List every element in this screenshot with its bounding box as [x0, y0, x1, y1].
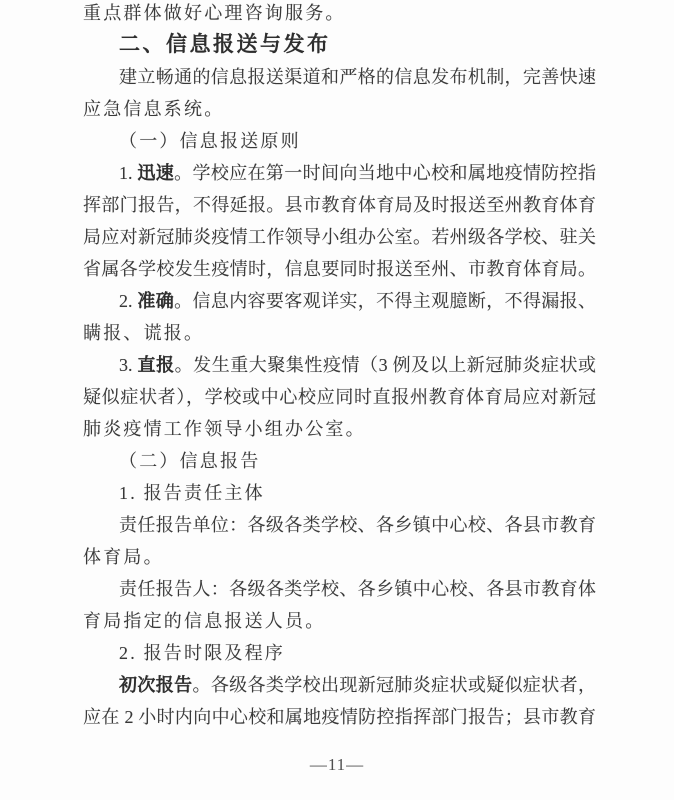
text-run: 应在 2 小时内向中心校和属地疫情防控指挥部门报告；县市教育	[83, 707, 596, 727]
text-run: 。发生重大聚集性疫情（3 例及以上新冠肺炎症状或	[175, 355, 596, 375]
bold-text-run: 直报	[138, 355, 175, 375]
text-run: 1.	[119, 163, 137, 183]
text-line: 应急信息系统。	[83, 93, 596, 125]
text-run: 建立畅通的信息报送渠道和严格的信息发布机制，完善快速	[119, 67, 596, 87]
text-run: 疑似症状者），学校或中心校应同时直报州教育体育局应对新冠	[83, 387, 596, 407]
text-run: 。信息内容要客观详实，不得主观臆断，不得漏报、	[174, 291, 596, 311]
bold-text-run: 准确	[137, 291, 174, 311]
text-line: 责任报告人：各级各类学校、各乡镇中心校、各县市教育体	[83, 573, 596, 605]
bold-text-run: 迅速	[137, 163, 174, 183]
text-line: 应在 2 小时内向中心校和属地疫情防控指挥部门报告；县市教育	[83, 701, 596, 733]
paragraph: 1. 报告责任主体	[83, 477, 596, 509]
text-line: 2. 报告时限及程序	[83, 637, 596, 669]
text-run: 育局指定的信息报送人员。	[83, 611, 325, 631]
bold-text-run: 二、信息报送与发布	[119, 33, 331, 56]
paragraph: （一）信息报送原则	[83, 125, 596, 157]
paragraph: 1. 迅速。学校应在第一时间向当地中心校和属地疫情防控指挥部门报告，不得延报。县…	[83, 157, 596, 285]
text-line: 建立畅通的信息报送渠道和严格的信息发布机制，完善快速	[83, 61, 596, 93]
text-run: （一）信息报送原则	[119, 131, 301, 151]
text-run: 1. 报告责任主体	[119, 483, 265, 503]
text-line: （一）信息报送原则	[83, 125, 596, 157]
text-line: 责任报告单位：各级各类学校、各乡镇中心校、各县市教育	[83, 509, 596, 541]
page-footer: —11—	[0, 755, 674, 775]
text-line: 育局指定的信息报送人员。	[83, 605, 596, 637]
text-line: 疑似症状者），学校或中心校应同时直报州教育体育局应对新冠	[83, 381, 596, 413]
text-run: 重点群体做好心理咨询服务。	[83, 3, 346, 23]
paragraph: 2. 准确。信息内容要客观详实，不得主观臆断，不得漏报、瞒报、谎报。	[83, 285, 596, 349]
text-run: 肺炎疫情工作领导小组办公室。	[83, 419, 366, 439]
text-line: 瞒报、谎报。	[83, 317, 596, 349]
document-body: 重点群体做好心理咨询服务。二、信息报送与发布建立畅通的信息报送渠道和严格的信息发…	[83, 0, 596, 733]
text-line: 初次报告。各级各类学校出现新冠肺炎症状或疑似症状者，	[83, 669, 596, 701]
text-line: 重点群体做好心理咨询服务。	[83, 0, 596, 29]
text-line: 体育局。	[83, 541, 596, 573]
text-line: 局应对新冠肺炎疫情工作领导小组办公室。若州级各学校、驻关	[83, 221, 596, 253]
text-run: 3.	[119, 355, 138, 375]
text-line: 3. 直报。发生重大聚集性疫情（3 例及以上新冠肺炎症状或	[83, 349, 596, 381]
text-run: （二）信息报告	[119, 451, 260, 471]
text-line: 1. 报告责任主体	[83, 477, 596, 509]
paragraph: 二、信息报送与发布	[83, 29, 596, 61]
bold-text-run: 初次报告	[119, 675, 192, 695]
text-run: 省属各学校发生疫情时，信息要同时报送至州、市教育体育局。	[83, 259, 596, 279]
paragraph: 初次报告。各级各类学校出现新冠肺炎症状或疑似症状者，应在 2 小时内向中心校和属…	[83, 669, 596, 733]
paragraph: 重点群体做好心理咨询服务。	[83, 0, 596, 29]
paragraph: 建立畅通的信息报送渠道和严格的信息发布机制，完善快速应急信息系统。	[83, 61, 596, 125]
text-run: 责任报告单位：各级各类学校、各乡镇中心校、各县市教育	[119, 515, 596, 535]
text-run: 体育局。	[83, 547, 164, 567]
text-run: 挥部门报告，不得延报。县市教育体育局及时报送至州教育体育	[83, 195, 596, 215]
text-line: （二）信息报告	[83, 445, 596, 477]
paragraph: （二）信息报告	[83, 445, 596, 477]
text-run: 。学校应在第一时间向当地中心校和属地疫情防控指	[174, 163, 596, 183]
text-run: 2.	[119, 291, 137, 311]
paragraph: 3. 直报。发生重大聚集性疫情（3 例及以上新冠肺炎症状或疑似症状者），学校或中…	[83, 349, 596, 445]
paragraph: 2. 报告时限及程序	[83, 637, 596, 669]
paragraph: 责任报告单位：各级各类学校、各乡镇中心校、各县市教育体育局。	[83, 509, 596, 573]
text-run: 2. 报告时限及程序	[119, 643, 285, 663]
text-run: 应急信息系统。	[83, 99, 224, 119]
text-line: 省属各学校发生疫情时，信息要同时报送至州、市教育体育局。	[83, 253, 596, 285]
paragraph: 责任报告人：各级各类学校、各乡镇中心校、各县市教育体育局指定的信息报送人员。	[83, 573, 596, 637]
text-run: 局应对新冠肺炎疫情工作领导小组办公室。若州级各学校、驻关	[83, 227, 596, 247]
page-number: —11—	[310, 755, 364, 774]
document-page: 重点群体做好心理咨询服务。二、信息报送与发布建立畅通的信息报送渠道和严格的信息发…	[0, 0, 674, 800]
text-line: 2. 准确。信息内容要客观详实，不得主观臆断，不得漏报、	[83, 285, 596, 317]
text-line: 二、信息报送与发布	[83, 29, 596, 61]
text-line: 肺炎疫情工作领导小组办公室。	[83, 413, 596, 445]
text-line: 挥部门报告，不得延报。县市教育体育局及时报送至州教育体育	[83, 189, 596, 221]
text-run: 瞒报、谎报。	[83, 323, 204, 343]
text-run: 。各级各类学校出现新冠肺炎症状或疑似症状者，	[192, 675, 596, 695]
text-line: 1. 迅速。学校应在第一时间向当地中心校和属地疫情防控指	[83, 157, 596, 189]
text-run: 责任报告人：各级各类学校、各乡镇中心校、各县市教育体	[119, 579, 596, 599]
